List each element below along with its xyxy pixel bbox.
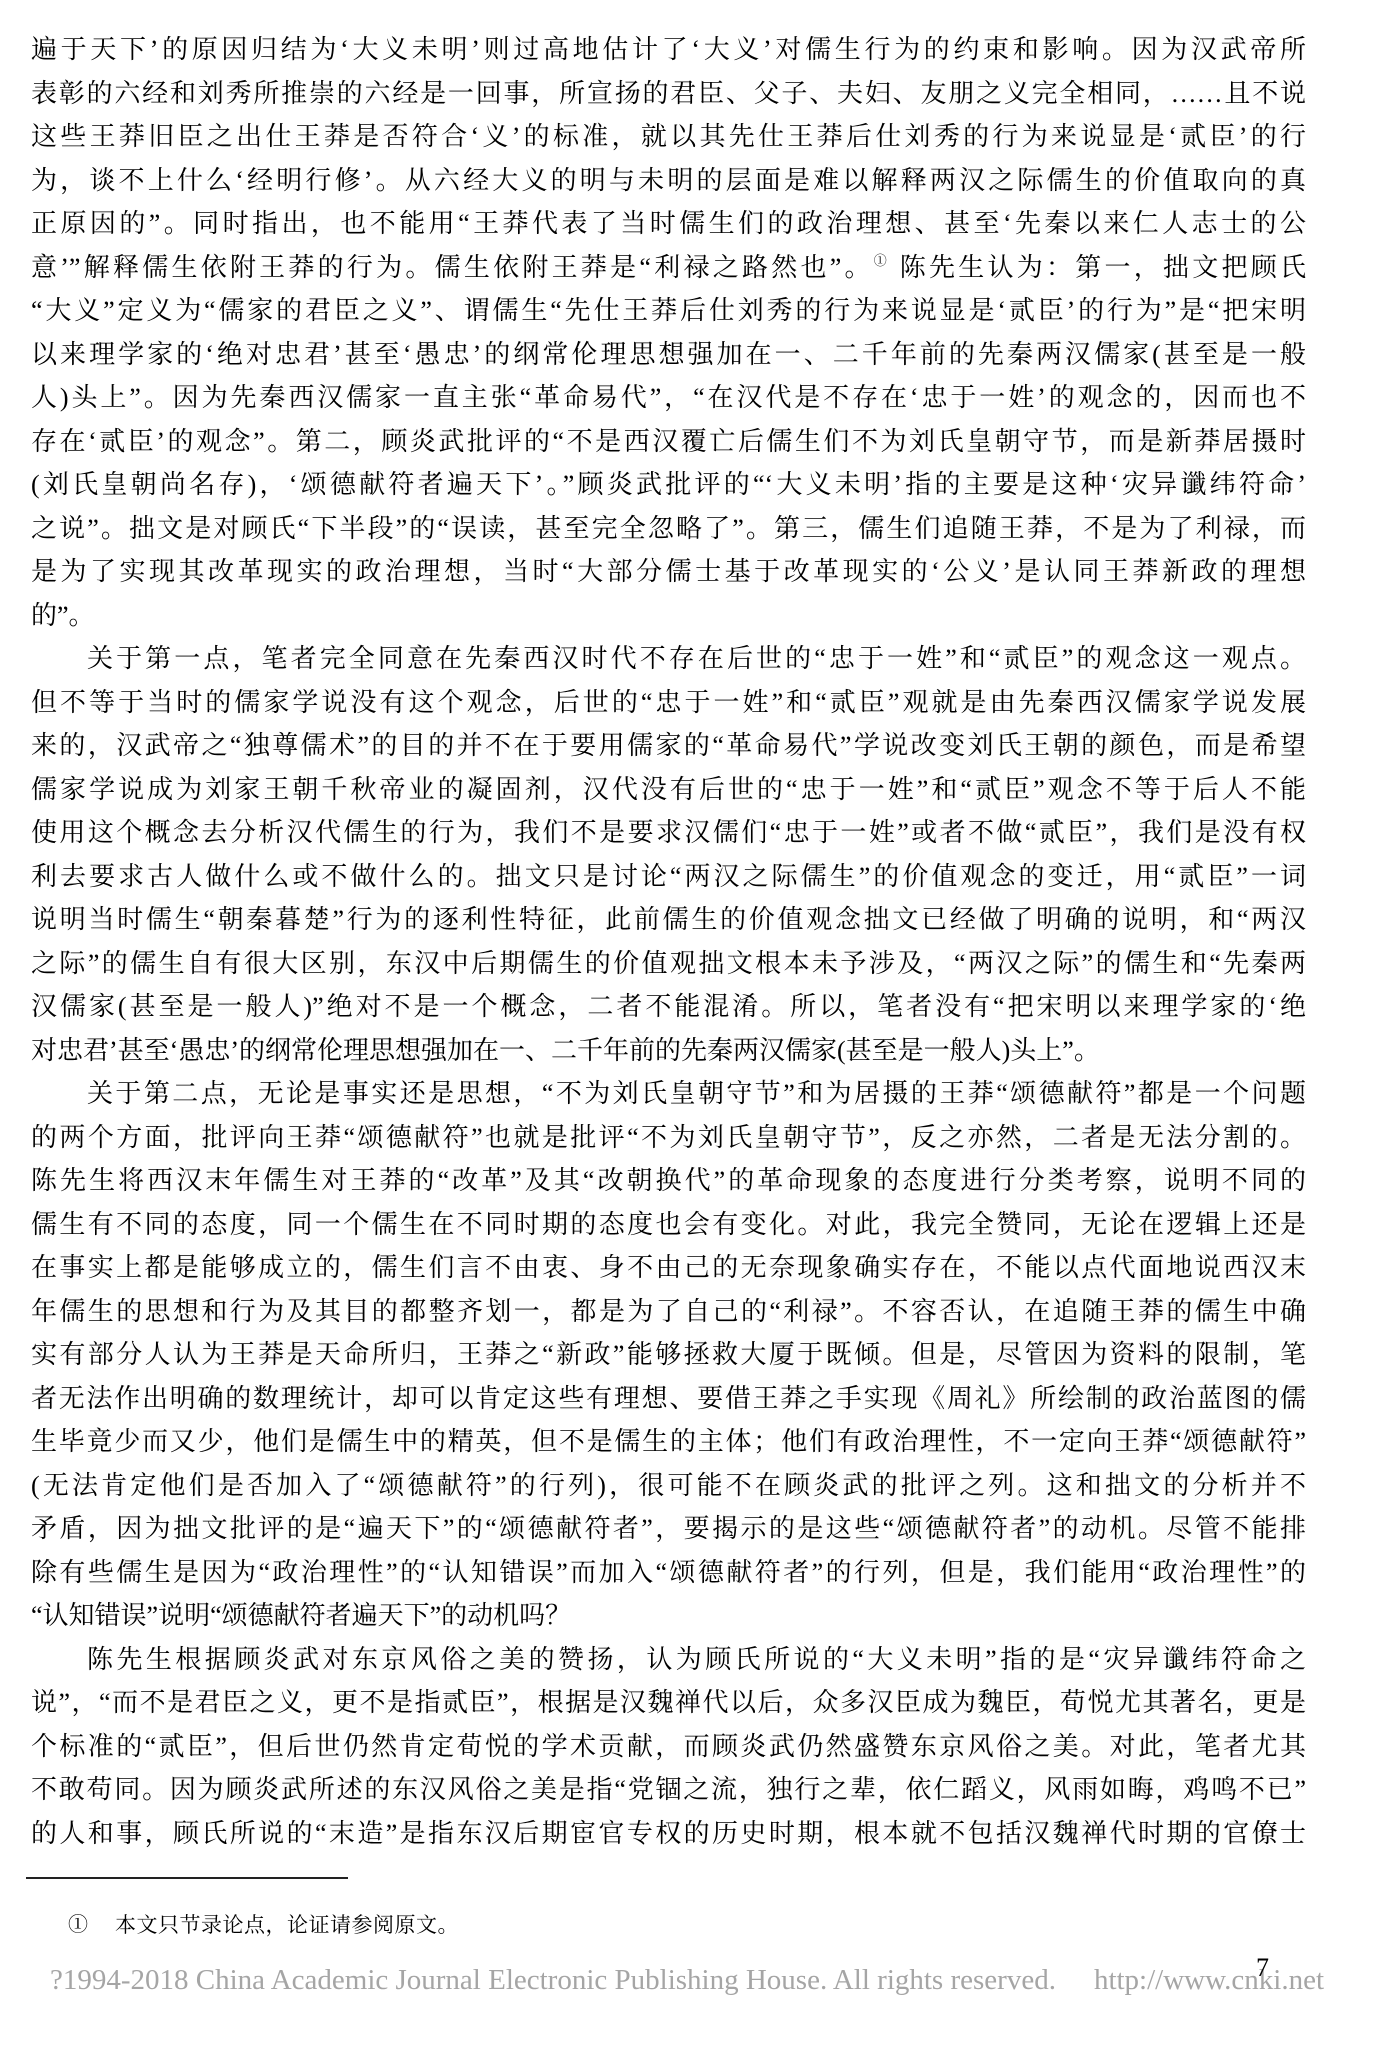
text-line: 矛盾，因为拙文批评的是“遍天下”的“颂德献符者”，要揭示的是这些“颂德献符者”的… [31, 1507, 1306, 1551]
text-line: 陈先生根据顾炎武对东京风俗之美的赞扬，认为顾氏所说的“大义未明”指的是“灾异谶纬… [31, 1638, 1306, 1682]
copyright-text: ?1994-2018 China Academic Journal Electr… [50, 1964, 1056, 1996]
text-line: 的两个方面，批评向王莽“颂德献符”也就是批评“不为刘氏皇朝守节”，反之亦然，二者… [31, 1116, 1306, 1160]
footnote-text: 本文只节录论点，论证请参阅原文。 [115, 1913, 459, 1937]
text-line: 的人和事，顾氏所说的“末造”是指东汉后期宦官专权的历史时期，根本就不包括汉魏禅代… [31, 1812, 1306, 1856]
text-segment: 陈先生认为：第一，拙文把顾氏 [890, 253, 1306, 282]
text-line: (无法肯定他们是否加入了“颂德献符”的行列)，很可能不在顾炎武的批评之列。这和拙… [31, 1464, 1306, 1508]
text-line: 实有部分人认为王莽是天命所归，王莽之“新政”能够拯救大厦于既倾。但是，尽管因为资… [31, 1333, 1306, 1377]
text-line: 正原因的”。同时指出，也不能用“王莽代表了当时儒生们的政治理想、甚至‘先秦以来仁… [31, 202, 1306, 246]
footnote-marker: ① [68, 1913, 88, 1937]
text-line: 之际”的儒生自有很大区别，东汉中后期儒生的价值观拙文根本未予涉及，“两汉之际”的… [31, 942, 1306, 986]
text-line: 但不等于当时的儒家学说没有这个观念，后世的“忠于一姓”和“贰臣”观就是由先秦西汉… [31, 681, 1306, 725]
text-line: 利去要求古人做什么或不做什么的。拙文只是讨论“两汉之际儒生”的价值观念的变迁，用… [31, 855, 1306, 899]
article-body: 遍于天下’的原因归结为‘大义未明’则过高地估计了‘大义’对儒生行为的约束和影响。… [31, 28, 1306, 1855]
text-line: 表彰的六经和刘秀所推崇的六经是一回事，所宣扬的君臣、父子、夫妇、友朋之义完全相同… [31, 72, 1306, 116]
text-line: 这些王莽旧臣之出仕王莽是否符合‘义’的标准，就以其先仕王莽后仕刘秀的行为来说显是… [31, 115, 1306, 159]
text-line: (刘氏皇朝尚名存)，‘颂德献符者遍天下’。”顾炎武批评的“‘大义未明’指的主要是… [31, 463, 1306, 507]
page-number: 7 [1256, 1955, 1269, 1981]
paragraph-1: 遍于天下’的原因归结为‘大义未明’则过高地估计了‘大义’对儒生行为的约束和影响。… [31, 28, 1306, 637]
text-line: 关于第一点，笔者完全同意在先秦西汉时代不存在后世的“忠于一姓”和“贰臣”的观念这… [31, 637, 1306, 681]
text-line: 儒生有不同的态度，同一个儒生在不同时期的态度也会有变化。对此，我完全赞同，无论在… [31, 1203, 1306, 1247]
text-line: 的”。 [31, 594, 1306, 638]
text-line: 在事实上都是能够成立的，儒生们言不由衷、身不由己的无奈现象确实存在，不能以点代面… [31, 1246, 1306, 1290]
text-line: 汉儒家(甚至是一般人)”绝对不是一个概念，二者不能混淆。所以，笔者没有“把宋明以… [31, 985, 1306, 1029]
text-line: 个标准的“贰臣”，但后世仍然肯定荀悦的学术贡献，而顾炎武仍然盛赞东京风俗之美。对… [31, 1725, 1306, 1769]
text-line: 是为了实现其改革现实的政治理想，当时“大部分儒士基于改革现实的‘公义’是认同王莽… [31, 550, 1306, 594]
text-line: 除有些儒生是因为“政治理性”的“认知错误”而加入“颂德献符者”的行列，但是，我们… [31, 1551, 1306, 1595]
text-line: 遍于天下’的原因归结为‘大义未明’则过高地估计了‘大义’对儒生行为的约束和影响。… [31, 28, 1306, 72]
text-line: 说”，“而不是君臣之义，更不是指贰臣”，根据是汉魏禅代以后，众多汉臣成为魏臣，荀… [31, 1681, 1306, 1725]
text-line: 来的，汉武帝之“独尊儒术”的目的并不在于要用儒家的“革命易代”学说改变刘氏王朝的… [31, 724, 1306, 768]
footnote-divider [26, 1877, 348, 1879]
copyright-watermark: ?1994-2018 China Academic Journal Electr… [50, 1966, 1324, 1995]
site-url: http://www.cnki.net [1094, 1964, 1324, 1996]
text-line: 儒家学说成为刘家王朝千秋帝业的凝固剂，汉代没有后世的“忠于一姓”和“贰臣”观念不… [31, 768, 1306, 812]
text-line: 为，谈不上什么‘经明行修’。从六经大义的明与未明的层面是难以解释两汉之际儒生的价… [31, 159, 1306, 203]
text-line: 以来理学家的‘绝对忠君’甚至‘愚忠’的纲常伦理思想强加在一、二千年前的先秦两汉儒… [31, 333, 1306, 377]
text-line: 之说”。拙文是对顾氏“下半段”的“误读，甚至完全忽略了”。第三，儒生们追随王莽，… [31, 507, 1306, 551]
paragraph-3: 关于第二点，无论是事实还是思想，“不为刘氏皇朝守节”和为居摄的王莽“颂德献符”都… [31, 1072, 1306, 1638]
text-segment: 意’”解释儒生依附王莽的行为。儒生依附王莽是“利禄之路然也”。 [31, 253, 874, 282]
text-line: 者无法作出明确的数理统计，却可以肯定这些有理想、要借王莽之手实现《周礼》所绘制的… [31, 1377, 1306, 1421]
text-line: 说明当时儒生“朝秦暮楚”行为的逐利性特征，此前儒生的价值观念拙文已经做了明确的说… [31, 898, 1306, 942]
text-line: 关于第二点，无论是事实还是思想，“不为刘氏皇朝守节”和为居摄的王莽“颂德献符”都… [31, 1072, 1306, 1116]
text-line: 使用这个概念去分析汉代儒生的行为，我们不是要求汉儒们“忠于一姓”或者不做“贰臣”… [31, 811, 1306, 855]
text-line: 不敢苟同。因为顾炎武所述的东汉风俗之美是指“党锢之流，独行之辈，依仁蹈义，风雨如… [31, 1768, 1306, 1812]
paragraph-4: 陈先生根据顾炎武对东京风俗之美的赞扬，认为顾氏所说的“大义未明”指的是“灾异谶纬… [31, 1638, 1306, 1856]
text-line: 意’”解释儒生依附王莽的行为。儒生依附王莽是“利禄之路然也”。① 陈先生认为：第… [31, 246, 1306, 290]
paragraph-2: 关于第一点，笔者完全同意在先秦西汉时代不存在后世的“忠于一姓”和“贰臣”的观念这… [31, 637, 1306, 1072]
text-line: 生毕竟少而又少，他们是儒生中的精英，但不是儒生的主体；他们有政治理性，不一定向王… [31, 1420, 1306, 1464]
footnote-reference: ① [874, 253, 890, 268]
text-line: “认知错误”说明“颂德献符者遍天下”的动机吗？ [31, 1594, 1306, 1638]
text-line: 存在‘贰臣’的观念”。第二，顾炎武批评的“不是西汉覆亡后儒生们不为刘氏皇朝守节，… [31, 420, 1306, 464]
text-line: 年儒生的思想和行为及其目的都整齐划一，都是为了自己的“利禄”。不容否认，在追随王… [31, 1290, 1306, 1334]
text-line: “大义”定义为“儒家的君臣之义”、谓儒生“先仕王莽后仕刘秀的行为来说显是‘贰臣’… [31, 289, 1306, 333]
text-line: 陈先生将西汉末年儒生对王莽的“改革”及其“改朝换代”的革命现象的态度进行分类考察… [31, 1159, 1306, 1203]
text-line: 对忠君’甚至‘愚忠’的纲常伦理思想强加在一、二千年前的先秦两汉儒家(甚至是一般人… [31, 1029, 1306, 1073]
text-line: 人)头上”。因为先秦西汉儒家一直主张“革命易代”，“在汉代是不存在‘忠于一姓’的… [31, 376, 1306, 420]
